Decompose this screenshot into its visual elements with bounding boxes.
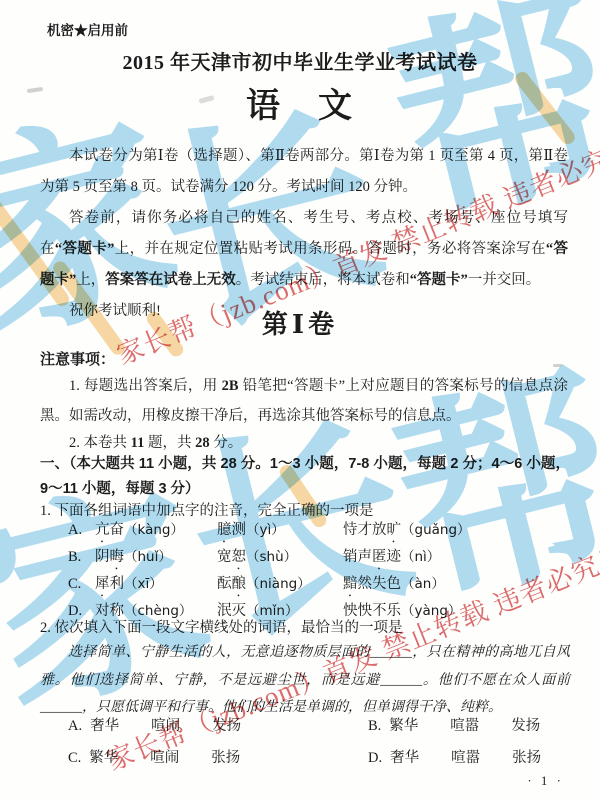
page-content: 机密★启用前 2015 年天津市初中毕业生学业考试试卷 语 文 本试卷分为第Ⅰ卷…	[0, 0, 600, 800]
exam-paper-page: 机密★启用前 2015 年天津市初中毕业生学业考试试卷 语 文 本试卷分为第Ⅰ卷…	[0, 0, 600, 800]
question-2-options: A.奢华喧闹发扬 B.繁华喧嚣发扬 C.繁华喧闹张扬 D.奢华喧嚣张扬	[68, 714, 578, 767]
option-term: 阴晦（huǐ）	[95, 544, 217, 573]
option-term: 犀利（xī）	[95, 571, 217, 600]
pinyin: （niàng）	[246, 576, 311, 592]
pinyin: （nì）	[401, 549, 440, 565]
option-label: B.	[68, 544, 95, 573]
note-1: 1. 每题选出答案后，用 2B 铅笔把“答题卡”上对应题目的答案标号的信息点涂黑…	[40, 371, 568, 431]
option-label: C.	[68, 571, 95, 600]
pinyin: （huǐ）	[124, 549, 172, 565]
option-term: 臆测（yì）	[217, 517, 343, 546]
question-1-option-c: C. 犀利（xī） 酝酿（niàng） 黯然失色（àn）	[68, 571, 471, 598]
section-1-heading: 第Ⅰ卷	[0, 304, 600, 341]
question-1-option-a: A. 亢奋（kàng） 臆测（yì） 恃才放旷（guǎng）	[68, 517, 471, 544]
pinyin: （guǎng）	[401, 522, 471, 538]
option-term: 销声匿迹（nì）	[343, 544, 471, 573]
option-term: 恃才放旷（guǎng）	[343, 517, 471, 546]
pinyin: （kàng）	[124, 522, 184, 538]
intro-paragraph-2: 答卷前，请你务必将自己的姓名、考生号、考点校、考场号、座位号填写在“答题卡”上，…	[40, 203, 568, 296]
option-term: 黯然失色（àn）	[343, 571, 471, 600]
confidential-marking: 机密★启用前	[47, 19, 128, 39]
part-1-header: 一、（本大题共 11 小题，共 28 分。1～3 小题，7-8 小题，每题 2 …	[40, 452, 570, 501]
pinyin: （yàng）	[401, 603, 461, 619]
question-2-passage: 选择简单、宁静生活的人，无意追逐物质层面的______，只在精神的高地兀自风雅。…	[40, 639, 570, 722]
question-2-option-b: B.繁华喧嚣发扬	[368, 714, 578, 735]
note-2: 2. 本卷共 11 题，共 28 分。	[40, 431, 568, 452]
option-term: 亢奋（kàng）	[95, 517, 217, 546]
pinyin: （àn）	[401, 576, 445, 592]
subject-title: 语 文	[0, 78, 600, 127]
exam-title: 2015 年天津市初中毕业生学业考试试卷	[0, 46, 600, 75]
intro-paragraph-1: 本试卷分为第Ⅰ卷（选择题）、第Ⅱ卷两部分。第Ⅰ卷为第 1 页至第 4 页，第Ⅱ卷…	[40, 141, 568, 203]
option-term: 酝酿（niàng）	[217, 571, 343, 600]
question-2-option-a: A.奢华喧闹发扬	[68, 714, 368, 735]
exam-instructions: 本试卷分为第Ⅰ卷（选择题）、第Ⅱ卷两部分。第Ⅰ卷为第 1 页至第 4 页，第Ⅱ卷…	[40, 141, 568, 327]
page-number: · 1 ·	[527, 773, 564, 789]
question-2-option-c: C.繁华喧闹张扬	[68, 746, 368, 767]
pinyin: （xī）	[124, 576, 163, 592]
question-1-options: A. 亢奋（kàng） 臆测（yì） 恃才放旷（guǎng） B. 阴晦（huǐ…	[68, 517, 471, 625]
option-term: 宽恕（shù）	[217, 544, 343, 573]
notes-title: 注意事项：	[40, 348, 115, 369]
option-label: A.	[68, 517, 95, 546]
question-2-option-d: D.奢华喧嚣张扬	[368, 746, 578, 767]
question-1-option-b: B. 阴晦（huǐ） 宽恕（shù） 销声匿迹（nì）	[68, 544, 471, 571]
question-2-stem: 2. 依次填入下面一段文字横线处的词语，最恰当的一项是	[40, 616, 403, 637]
pinyin: （shù）	[246, 549, 297, 565]
pinyin: （yì）	[246, 522, 285, 538]
